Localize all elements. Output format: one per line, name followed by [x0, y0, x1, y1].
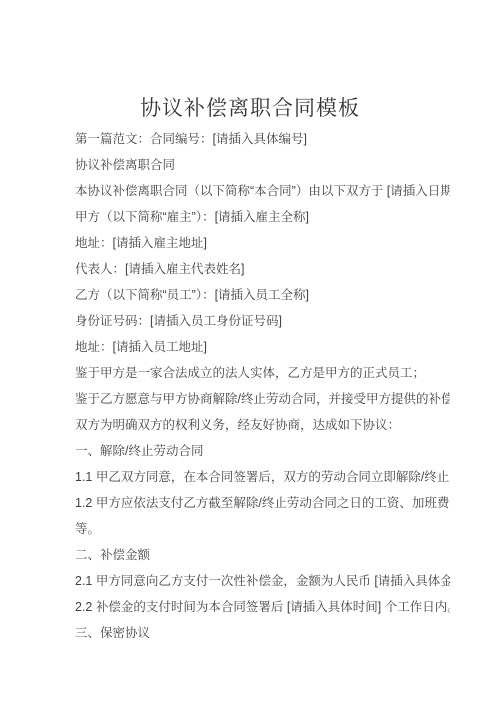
- paragraph-line: 地址：[请插入雇主地址]: [75, 230, 450, 256]
- paragraph-line: 等。: [75, 516, 450, 542]
- paragraph-line: 1.2 甲方应依法支付乙方截至解除/终止劳动合同之日的工资、加班费、奖金: [75, 490, 450, 516]
- paragraph-line: 鉴于乙方愿意与甲方协商解除/终止劳动合同，并接受甲方提供的补偿；: [75, 386, 450, 412]
- paragraph-line: 第一篇范文：合同编号：[请插入具体编号]: [75, 126, 450, 152]
- paragraph-line: 2.2 补偿金的支付时间为本合同签署后 [请插入具体时间] 个工作日内。: [75, 594, 450, 620]
- document-title: 协议补偿离职合同模板: [0, 97, 500, 121]
- paragraph-line: 鉴于甲方是一家合法成立的法人实体，乙方是甲方的正式员工；: [75, 360, 450, 386]
- paragraph-line: 协议补偿离职合同: [75, 152, 450, 178]
- paragraph-line: 身份证号码：[请插入员工身份证号码]: [75, 308, 450, 334]
- section-heading-2: 二、补偿金额: [75, 542, 450, 568]
- document-page: 协议补偿离职合同模板 第一篇范文：合同编号：[请插入具体编号] 协议补偿离职合同…: [0, 0, 500, 707]
- paragraph-line: 地址：[请插入员工地址]: [75, 334, 450, 360]
- paragraph-line: 本协议补偿离职合同（以下简称“本合同”）由以下双方于 [请插入日期] 订立：: [75, 178, 450, 204]
- paragraph-line: 甲方（以下简称“雇主”）：[请插入雇主全称]: [75, 204, 450, 230]
- section-heading-1: 一、解除/终止劳动合同: [75, 438, 450, 464]
- paragraph-line: 乙方（以下简称“员工”）：[请插入员工全称]: [75, 282, 450, 308]
- paragraph-line: 2.1 甲方同意向乙方支付一次性补偿金，金额为人民币 [请插入具体金额]。: [75, 568, 450, 594]
- section-heading-3: 三、保密协议: [75, 620, 450, 646]
- document-body: 第一篇范文：合同编号：[请插入具体编号] 协议补偿离职合同 本协议补偿离职合同（…: [75, 126, 450, 646]
- paragraph-line: 代表人：[请插入雇主代表姓名]: [75, 256, 450, 282]
- paragraph-line: 1.1 甲乙双方同意，在本合同签署后，双方的劳动合同立即解除/终止。: [75, 464, 450, 490]
- paragraph-line: 双方为明确双方的权利义务，经友好协商，达成如下协议：: [75, 412, 450, 438]
